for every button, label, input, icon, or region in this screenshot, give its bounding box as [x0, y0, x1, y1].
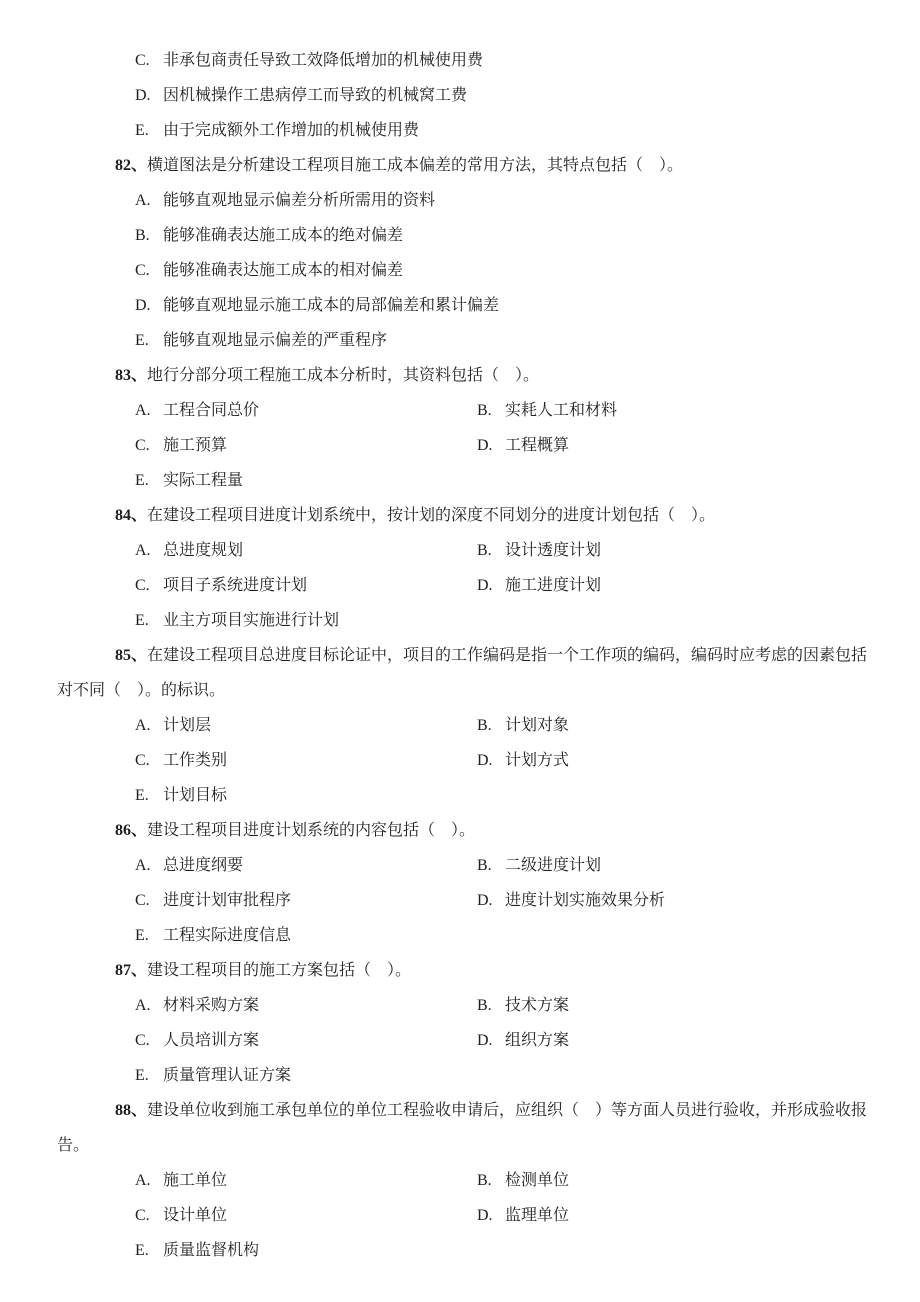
option-row: A.计划层 B.计划对象: [57, 708, 880, 743]
option-text: 质量监督机构: [163, 1242, 259, 1259]
question-number: 88、: [115, 1102, 147, 1119]
option: C.设计单位: [135, 1198, 477, 1233]
option: D.因机械操作工患病停工而导致的机械窝工费: [135, 78, 880, 113]
option-row: E.计划目标: [57, 778, 880, 813]
option: D.计划方式: [477, 743, 880, 778]
option: B.二级进度计划: [477, 848, 880, 883]
option: E.实际工程量: [135, 463, 880, 498]
option-row: C.施工预算 D.工程概算: [57, 428, 880, 463]
option: A.总进度纲要: [135, 848, 477, 883]
option-label: C.: [135, 1198, 151, 1233]
question-number: 87、: [115, 962, 147, 979]
question-text: 在建设工程项目进度计划系统中，按计划的深度不同划分的进度计划包括（ ）。: [147, 507, 715, 524]
option-label: B.: [477, 708, 493, 743]
option-text: 总进度规划: [163, 542, 243, 559]
option: C.进度计划审批程序: [135, 883, 477, 918]
option: A.计划层: [135, 708, 477, 743]
option-label: A.: [135, 393, 151, 428]
option: B.计划对象: [477, 708, 880, 743]
option-row: A.材料采购方案 B.技术方案: [57, 988, 880, 1023]
option-row: D.能够直观地显示施工成本的局部偏差和累计偏差: [57, 288, 880, 323]
option: B.技术方案: [477, 988, 880, 1023]
option: E.质量监督机构: [135, 1233, 880, 1268]
option-text: 监理单位: [505, 1207, 569, 1224]
option-label: A.: [135, 848, 151, 883]
option-row: A.施工单位 B.检测单位: [57, 1163, 880, 1198]
option-label: D.: [477, 743, 493, 778]
option-label: D.: [477, 428, 493, 463]
option-label: A.: [135, 183, 151, 218]
option-text: 能够直观地显示施工成本的局部偏差和累计偏差: [163, 297, 499, 314]
option-text: 组织方案: [505, 1032, 569, 1049]
question-number: 86、: [115, 822, 147, 839]
option-label: B.: [477, 393, 493, 428]
option-text: 由于完成额外工作增加的机械使用费: [163, 122, 419, 139]
option: B.实耗人工和材料: [477, 393, 880, 428]
option: D.监理单位: [477, 1198, 880, 1233]
option-text: 非承包商责任导致工效降低增加的机械使用费: [163, 52, 483, 69]
option: C.人员培训方案: [135, 1023, 477, 1058]
option-text: 总进度纲要: [163, 857, 243, 874]
option-row: E.质量管理认证方案: [57, 1058, 880, 1093]
option-text: 检测单位: [505, 1172, 569, 1189]
option: E.计划目标: [135, 778, 880, 813]
option-text: 实耗人工和材料: [505, 402, 617, 419]
option-row: A.总进度纲要 B.二级进度计划: [57, 848, 880, 883]
option-text: 施工进度计划: [505, 577, 601, 594]
option-label: C.: [135, 1023, 151, 1058]
question-number: 85、: [115, 647, 147, 664]
option-text: 施工单位: [163, 1172, 227, 1189]
option-row: C.进度计划审批程序 D.进度计划实施效果分析: [57, 883, 880, 918]
option-row: C.人员培训方案 D.组织方案: [57, 1023, 880, 1058]
option-row: A.能够直观地显示偏差分析所需用的资料: [57, 183, 880, 218]
option-label: E.: [135, 603, 151, 638]
option-label: D.: [477, 568, 493, 603]
option-label: E.: [135, 463, 151, 498]
option-row: A.工程合同总价 B.实耗人工和材料: [57, 393, 880, 428]
option-text: 能够准确表达施工成本的绝对偏差: [163, 227, 403, 244]
option-text: 人员培训方案: [163, 1032, 259, 1049]
option-row: E.实际工程量: [57, 463, 880, 498]
option-row: E.由于完成额外工作增加的机械使用费: [57, 113, 880, 148]
option: C.工作类别: [135, 743, 477, 778]
question-number: 82、: [115, 157, 147, 174]
option-label: A.: [135, 533, 151, 568]
option-text: 技术方案: [505, 997, 569, 1014]
option-row: E.质量监督机构: [57, 1233, 880, 1268]
option-text: 质量管理认证方案: [163, 1067, 291, 1084]
option-text: 能够准确表达施工成本的相对偏差: [163, 262, 403, 279]
option-text: 计划层: [163, 717, 211, 734]
option: B.能够准确表达施工成本的绝对偏差: [135, 218, 880, 253]
option-row: E.能够直观地显示偏差的严重程序: [57, 323, 880, 358]
option-row: A.总进度规划 B.设计透度计划: [57, 533, 880, 568]
question-stem: 84、在建设工程项目进度计划系统中，按计划的深度不同划分的进度计划包括（ ）。: [57, 498, 880, 533]
question-text: 横道图法是分析建设工程项目施工成本偏差的常用方法，其特点包括（ ）。: [147, 157, 683, 174]
option-label: D.: [135, 78, 151, 113]
option-row: C.能够准确表达施工成本的相对偏差: [57, 253, 880, 288]
option-text: 实际工程量: [163, 472, 243, 489]
option: C.能够准确表达施工成本的相对偏差: [135, 253, 880, 288]
question-stem: 87、建设工程项目的施工方案包括（ ）。: [57, 953, 880, 988]
option: B.检测单位: [477, 1163, 880, 1198]
option-text: 工程实际进度信息: [163, 927, 291, 944]
option-label: C.: [135, 253, 151, 288]
exam-document-page: C.非承包商责任导致工效降低增加的机械使用费 D.因机械操作工患病停工而导致的机…: [0, 0, 920, 1302]
option-label: D.: [477, 883, 493, 918]
option: A.能够直观地显示偏差分析所需用的资料: [135, 183, 880, 218]
option-row: B.能够准确表达施工成本的绝对偏差: [57, 218, 880, 253]
option: E.由于完成额外工作增加的机械使用费: [135, 113, 880, 148]
option: E.业主方项目实施进行计划: [135, 603, 880, 638]
option-label: C.: [135, 568, 151, 603]
option: A.工程合同总价: [135, 393, 477, 428]
option: B.设计透度计划: [477, 533, 880, 568]
question-stem: 83、地行分部分项工程施工成本分析时，其资料包括（ ）。: [57, 358, 880, 393]
question-text: 建设单位收到施工承包单位的单位工程验收申请后，应组织（ ）等方面人员进行验收，并…: [57, 1102, 867, 1154]
option-row: D.因机械操作工患病停工而导致的机械窝工费: [57, 78, 880, 113]
question-number: 84、: [115, 507, 147, 524]
question-stem: 85、在建设工程项目总进度目标论证中，项目的工作编码是指一个工作项的编码，编码时…: [57, 638, 880, 708]
option-text: 工程概算: [505, 437, 569, 454]
question-text: 建设工程项目的施工方案包括（ ）。: [147, 962, 411, 979]
option-label: E.: [135, 323, 151, 358]
option: A.总进度规划: [135, 533, 477, 568]
option: D.能够直观地显示施工成本的局部偏差和累计偏差: [135, 288, 880, 323]
option-text: 二级进度计划: [505, 857, 601, 874]
option-label: C.: [135, 43, 151, 78]
question-text: 在建设工程项目总进度目标论证中，项目的工作编码是指一个工作项的编码，编码时应考虑…: [57, 647, 867, 699]
option-label: B.: [477, 988, 493, 1023]
option-text: 工作类别: [163, 752, 227, 769]
option-row: C.设计单位 D.监理单位: [57, 1198, 880, 1233]
option-label: B.: [477, 533, 493, 568]
option: A.施工单位: [135, 1163, 477, 1198]
option-row: C.工作类别 D.计划方式: [57, 743, 880, 778]
question-stem: 88、建设单位收到施工承包单位的单位工程验收申请后，应组织（ ）等方面人员进行验…: [57, 1093, 880, 1163]
option: E.工程实际进度信息: [135, 918, 880, 953]
option-label: C.: [135, 743, 151, 778]
option-text: 设计透度计划: [505, 542, 601, 559]
question-stem: 82、横道图法是分析建设工程项目施工成本偏差的常用方法，其特点包括（ ）。: [57, 148, 880, 183]
question-number: 83、: [115, 367, 147, 384]
question-stem: 86、建设工程项目进度计划系统的内容包括（ ）。: [57, 813, 880, 848]
option-label: D.: [477, 1023, 493, 1058]
option-label: B.: [477, 1163, 493, 1198]
option: E.质量管理认证方案: [135, 1058, 880, 1093]
option-text: 项目子系统进度计划: [163, 577, 307, 594]
option: D.组织方案: [477, 1023, 880, 1058]
option-text: 计划方式: [505, 752, 569, 769]
option-text: 业主方项目实施进行计划: [163, 612, 339, 629]
option-text: 设计单位: [163, 1207, 227, 1224]
option-label: C.: [135, 883, 151, 918]
option-label: A.: [135, 988, 151, 1023]
option-label: E.: [135, 778, 151, 813]
option-label: A.: [135, 1163, 151, 1198]
option: D.进度计划实施效果分析: [477, 883, 880, 918]
option-label: A.: [135, 708, 151, 743]
option-label: E.: [135, 1058, 151, 1093]
option-row: C.非承包商责任导致工效降低增加的机械使用费: [57, 43, 880, 78]
option: C.施工预算: [135, 428, 477, 463]
option-label: D.: [477, 1198, 493, 1233]
option: D.施工进度计划: [477, 568, 880, 603]
option-label: E.: [135, 1233, 151, 1268]
option: A.材料采购方案: [135, 988, 477, 1023]
option: C.非承包商责任导致工效降低增加的机械使用费: [135, 43, 880, 78]
option-text: 因机械操作工患病停工而导致的机械窝工费: [163, 87, 467, 104]
option-row: E.业主方项目实施进行计划: [57, 603, 880, 638]
option: E.能够直观地显示偏差的严重程序: [135, 323, 880, 358]
option-text: 能够直观地显示偏差分析所需用的资料: [163, 192, 435, 209]
option-row: C.项目子系统进度计划 D.施工进度计划: [57, 568, 880, 603]
option-label: C.: [135, 428, 151, 463]
option-text: 施工预算: [163, 437, 227, 454]
option-text: 工程合同总价: [163, 402, 259, 419]
option-label: D.: [135, 288, 151, 323]
option-text: 能够直观地显示偏差的严重程序: [163, 332, 387, 349]
option-text: 进度计划实施效果分析: [505, 892, 665, 909]
option: D.工程概算: [477, 428, 880, 463]
option-label: B.: [477, 848, 493, 883]
option-label: E.: [135, 918, 151, 953]
option-text: 计划目标: [163, 787, 227, 804]
option-label: E.: [135, 113, 151, 148]
option-text: 进度计划审批程序: [163, 892, 291, 909]
option-text: 材料采购方案: [163, 997, 259, 1014]
option-text: 计划对象: [505, 717, 569, 734]
option-row: E.工程实际进度信息: [57, 918, 880, 953]
option-label: B.: [135, 218, 151, 253]
question-text: 地行分部分项工程施工成本分析时，其资料包括（ ）。: [147, 367, 539, 384]
question-text: 建设工程项目进度计划系统的内容包括（ ）。: [147, 822, 475, 839]
option: C.项目子系统进度计划: [135, 568, 477, 603]
